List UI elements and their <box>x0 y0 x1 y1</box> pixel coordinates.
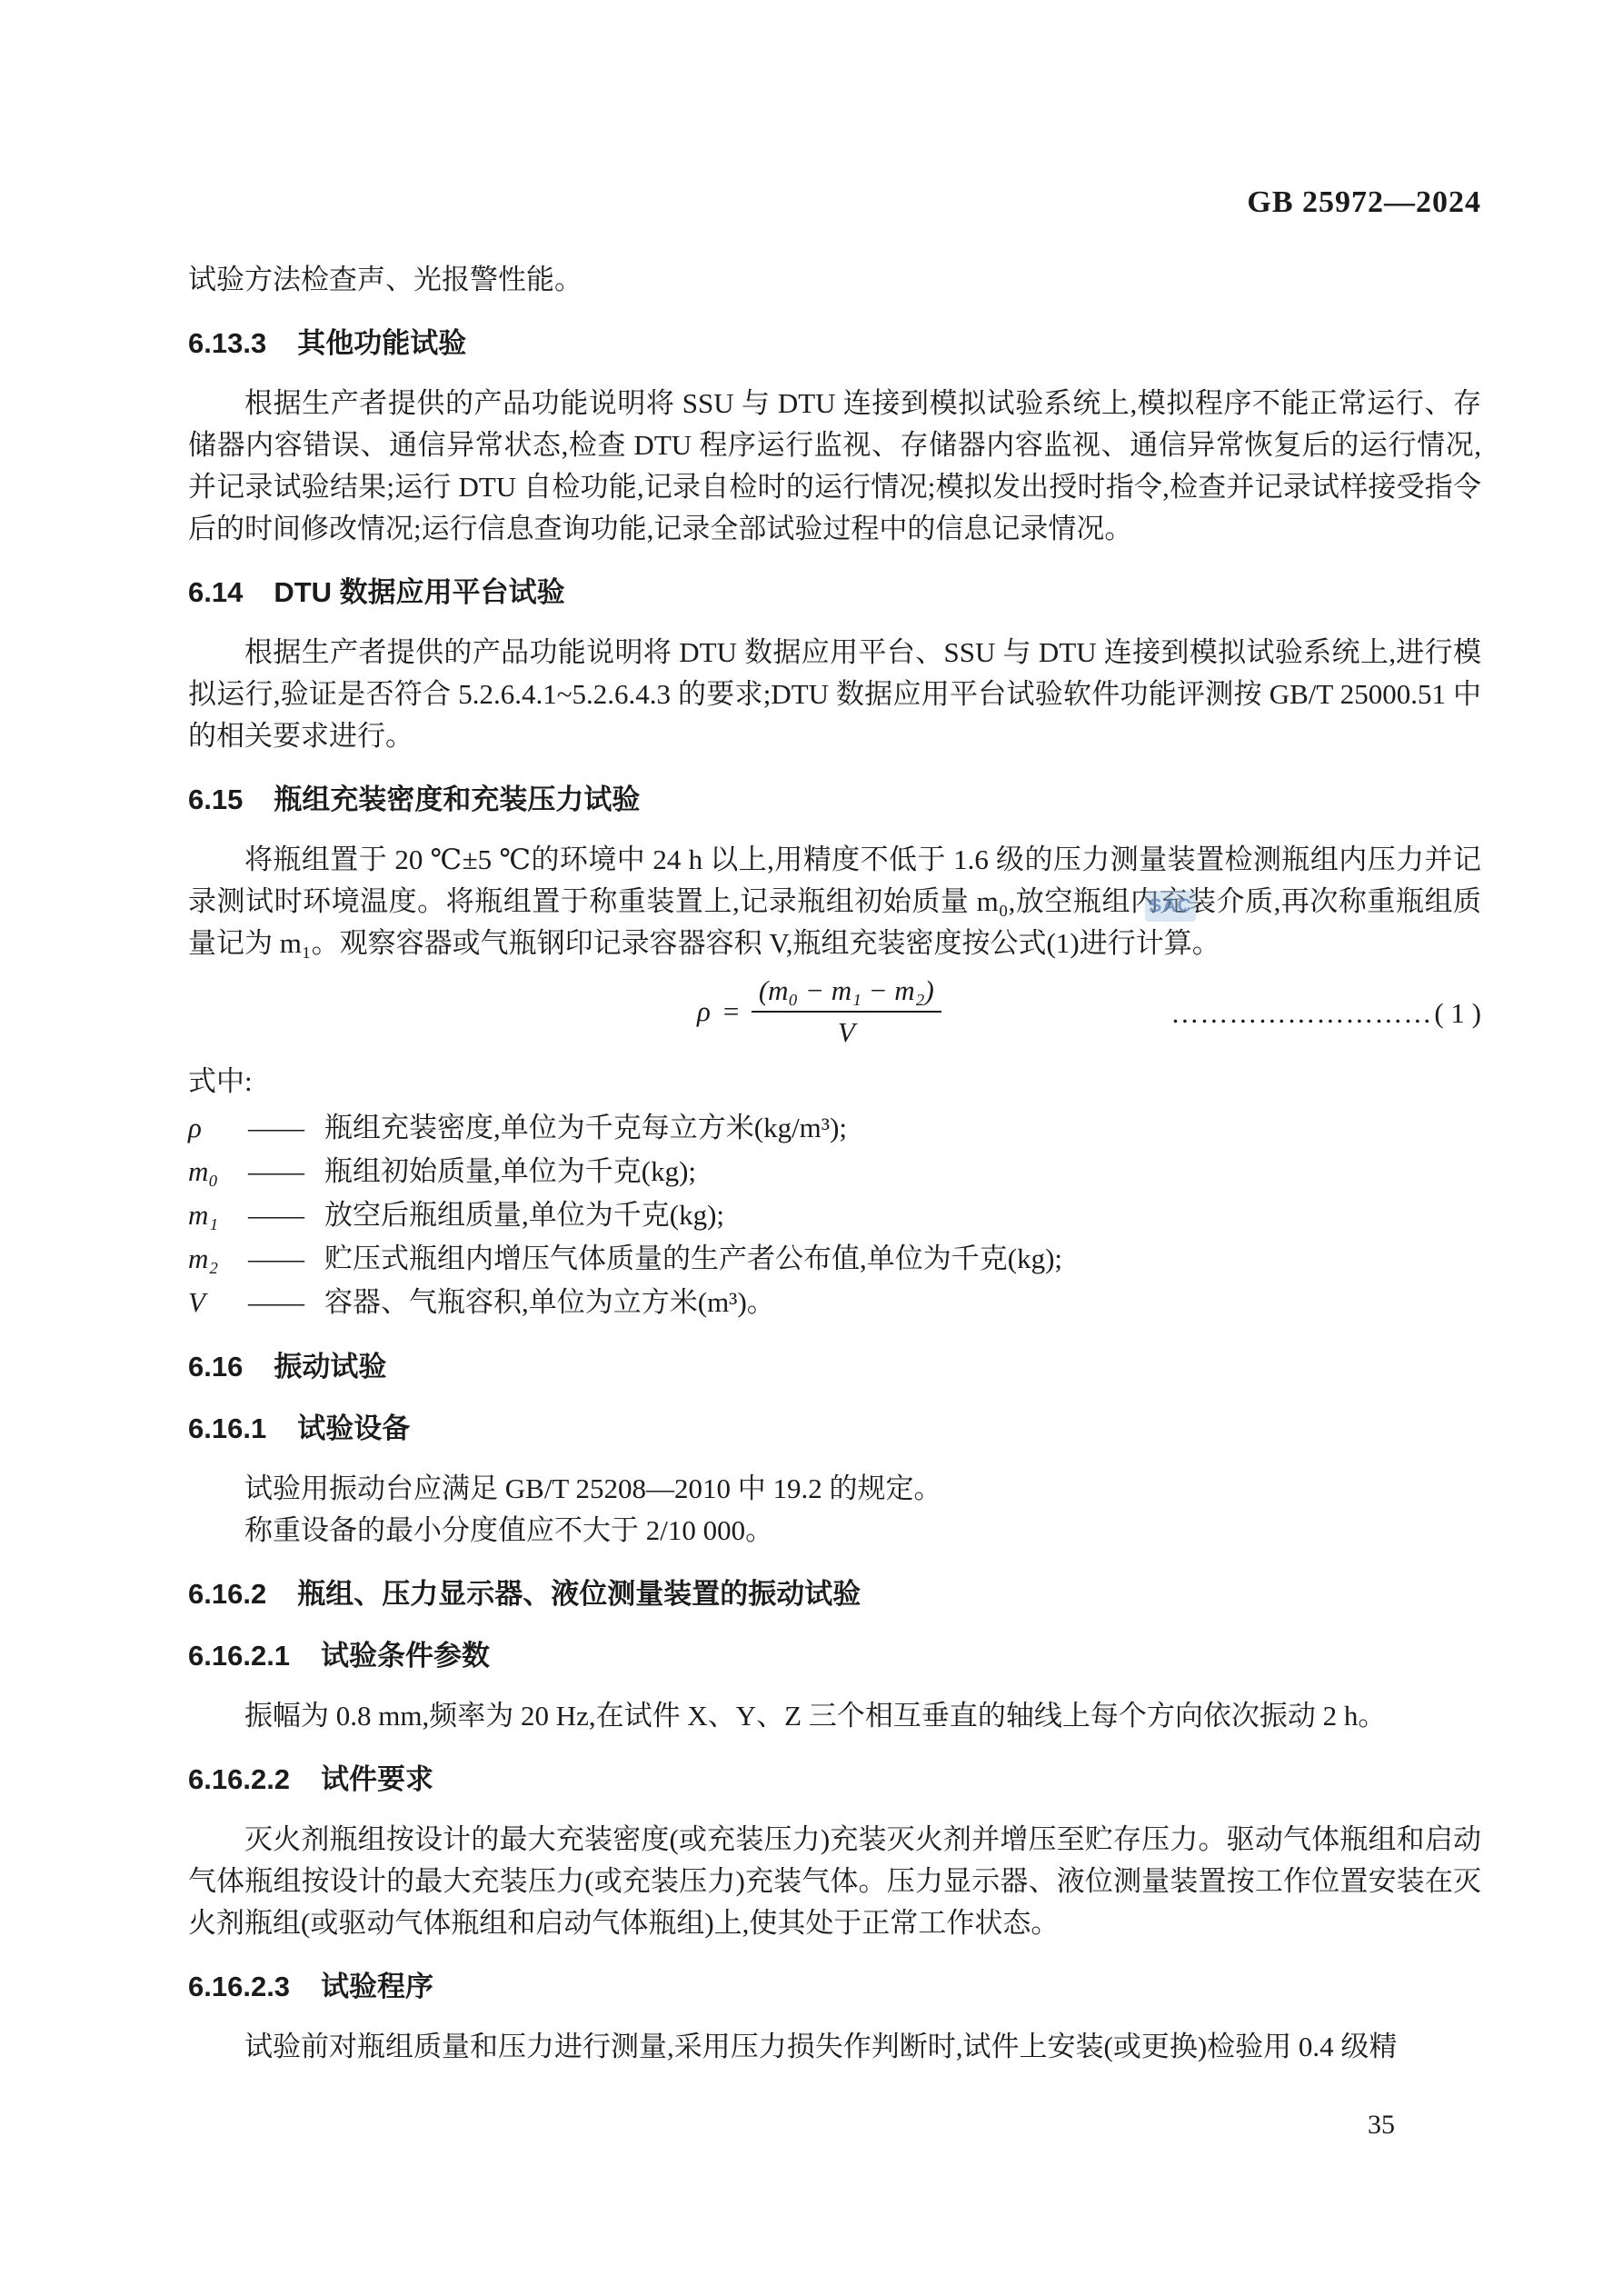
definition-dash: —— <box>248 1237 324 1281</box>
definition-dash: —— <box>248 1106 324 1150</box>
formula-block: ρ=(m₀ − m₁ − m₂)V………………………( 1 ) <box>188 975 1481 1052</box>
section-title: 瓶组充装密度和充装压力试验 <box>274 781 640 819</box>
body-text-line: 试验方法检查声、光报警性能。 <box>188 259 1481 301</box>
section-title: 试验程序 <box>321 1968 433 2006</box>
standard-code-header: GB 25972—2024 <box>0 185 1481 221</box>
paragraph: 试验用振动台应满足 GB/T 25208—2010 中 19.2 的规定。 <box>188 1468 1481 1510</box>
definition-row: ρ——瓶组充装密度,单位为千克每立方米(kg/m³); <box>188 1106 1481 1150</box>
definition-dash: —— <box>248 1150 324 1193</box>
section-heading: 6.16.2.3试验程序 <box>188 1968 1481 2006</box>
section-heading: 6.16.2瓶组、压力显示器、液位测量装置的振动试验 <box>188 1575 1481 1613</box>
definition-symbol: m₁ <box>188 1193 248 1237</box>
definition-row: V——容器、气瓶容积,单位为立方米(m³)。 <box>188 1281 1481 1324</box>
section-title: DTU 数据应用平台试验 <box>274 574 564 612</box>
formula-lhs: ρ <box>697 995 711 1028</box>
definition-list: ρ——瓶组充装密度,单位为千克每立方米(kg/m³);m₀——瓶组初始质量,单位… <box>188 1106 1481 1324</box>
formula-number: ( 1 ) <box>1434 997 1481 1030</box>
paragraph: 称重设备的最小分度值应不大于 2/10 000。 <box>188 1510 1481 1552</box>
equals-sign: = <box>722 995 741 1028</box>
paragraph: 根据生产者提供的产品功能说明将 DTU 数据应用平台、SSU 与 DTU 连接到… <box>188 632 1481 757</box>
document-body: 试验方法检查声、光报警性能。6.13.3其他功能试验根据生产者提供的产品功能说明… <box>188 259 1481 2068</box>
fraction-denominator: V <box>838 1013 855 1048</box>
fraction: (m₀ − m₁ − m₂)V <box>752 975 941 1048</box>
section-heading: 6.16.1试验设备 <box>188 1410 1481 1448</box>
definition-row: m₁——放空后瓶组质量,单位为千克(kg); <box>188 1193 1481 1237</box>
document-page: GB 25972—2024 试验方法检查声、光报警性能。6.13.3其他功能试验… <box>0 0 1623 2296</box>
definition-row: m₀——瓶组初始质量,单位为千克(kg); <box>188 1150 1481 1193</box>
section-number: 6.15 <box>188 781 243 819</box>
section-number: 6.16.2.1 <box>188 1637 290 1675</box>
section-title: 试验设备 <box>297 1410 410 1448</box>
section-number: 6.16.2 <box>188 1575 266 1613</box>
definition-description: 瓶组初始质量,单位为千克(kg); <box>324 1150 1481 1193</box>
section-heading: 6.14DTU 数据应用平台试验 <box>188 574 1481 612</box>
section-title: 振动试验 <box>274 1348 386 1386</box>
section-heading: 6.16振动试验 <box>188 1348 1481 1386</box>
definition-symbol: V <box>188 1281 248 1324</box>
formula-reference: ………………………( 1 ) <box>1170 997 1481 1030</box>
section-title: 其他功能试验 <box>297 324 466 363</box>
definition-description: 放空后瓶组质量,单位为千克(kg); <box>324 1193 1481 1237</box>
dotted-leader: ……………………… <box>1170 997 1432 1030</box>
section-number: 6.16.1 <box>188 1410 266 1448</box>
section-heading: 6.16.2.1试验条件参数 <box>188 1637 1481 1675</box>
section-number: 6.13.3 <box>188 324 266 363</box>
paragraph: 振幅为 0.8 mm,频率为 20 Hz,在试件 X、Y、Z 三个相互垂直的轴线… <box>188 1695 1481 1737</box>
section-number: 6.16 <box>188 1348 243 1386</box>
definition-symbol: m₂ <box>188 1237 248 1281</box>
section-title: 瓶组、压力显示器、液位测量装置的振动试验 <box>297 1575 861 1613</box>
paragraph: 试验前对瓶组质量和压力进行测量,采用压力损失作判断时,试件上安装(或更换)检验用… <box>188 2026 1481 2068</box>
page-number: 35 <box>1368 2109 1395 2141</box>
definition-dash: —— <box>248 1193 324 1237</box>
sac-watermark: SAC <box>1145 891 1196 922</box>
section-title: 试验条件参数 <box>321 1637 490 1675</box>
fraction-numerator: (m₀ − m₁ − m₂) <box>752 975 941 1013</box>
section-title: 试件要求 <box>321 1761 433 1799</box>
definition-dash: —— <box>248 1281 324 1324</box>
section-number: 6.16.2.2 <box>188 1761 290 1799</box>
definition-description: 贮压式瓶组内增压气体质量的生产者公布值,单位为千克(kg); <box>324 1237 1481 1281</box>
section-number: 6.16.2.3 <box>188 1968 290 2006</box>
paragraph: 灭火剂瓶组按设计的最大充装密度(或充装压力)充装灭火剂并增压至贮存压力。驱动气体… <box>188 1819 1481 1944</box>
section-heading: 6.15瓶组充装密度和充装压力试验 <box>188 781 1481 819</box>
formula-intro-line: 式中: <box>188 1061 1481 1103</box>
definition-symbol: m₀ <box>188 1150 248 1193</box>
definition-row: m₂——贮压式瓶组内增压气体质量的生产者公布值,单位为千克(kg); <box>188 1237 1481 1281</box>
formula-expression: ρ=(m₀ − m₁ − m₂)V <box>697 975 941 1048</box>
section-heading: 6.16.2.2试件要求 <box>188 1761 1481 1799</box>
definition-description: 容器、气瓶容积,单位为立方米(m³)。 <box>324 1281 1481 1324</box>
section-heading: 6.13.3其他功能试验 <box>188 324 1481 363</box>
definition-symbol: ρ <box>188 1106 248 1150</box>
definition-description: 瓶组充装密度,单位为千克每立方米(kg/m³); <box>324 1106 1481 1150</box>
paragraph: 将瓶组置于 20 ℃±5 ℃的环境中 24 h 以上,用精度不低于 1.6 级的… <box>188 839 1481 964</box>
paragraph: 根据生产者提供的产品功能说明将 SSU 与 DTU 连接到模拟试验系统上,模拟程… <box>188 383 1481 550</box>
section-number: 6.14 <box>188 574 243 612</box>
